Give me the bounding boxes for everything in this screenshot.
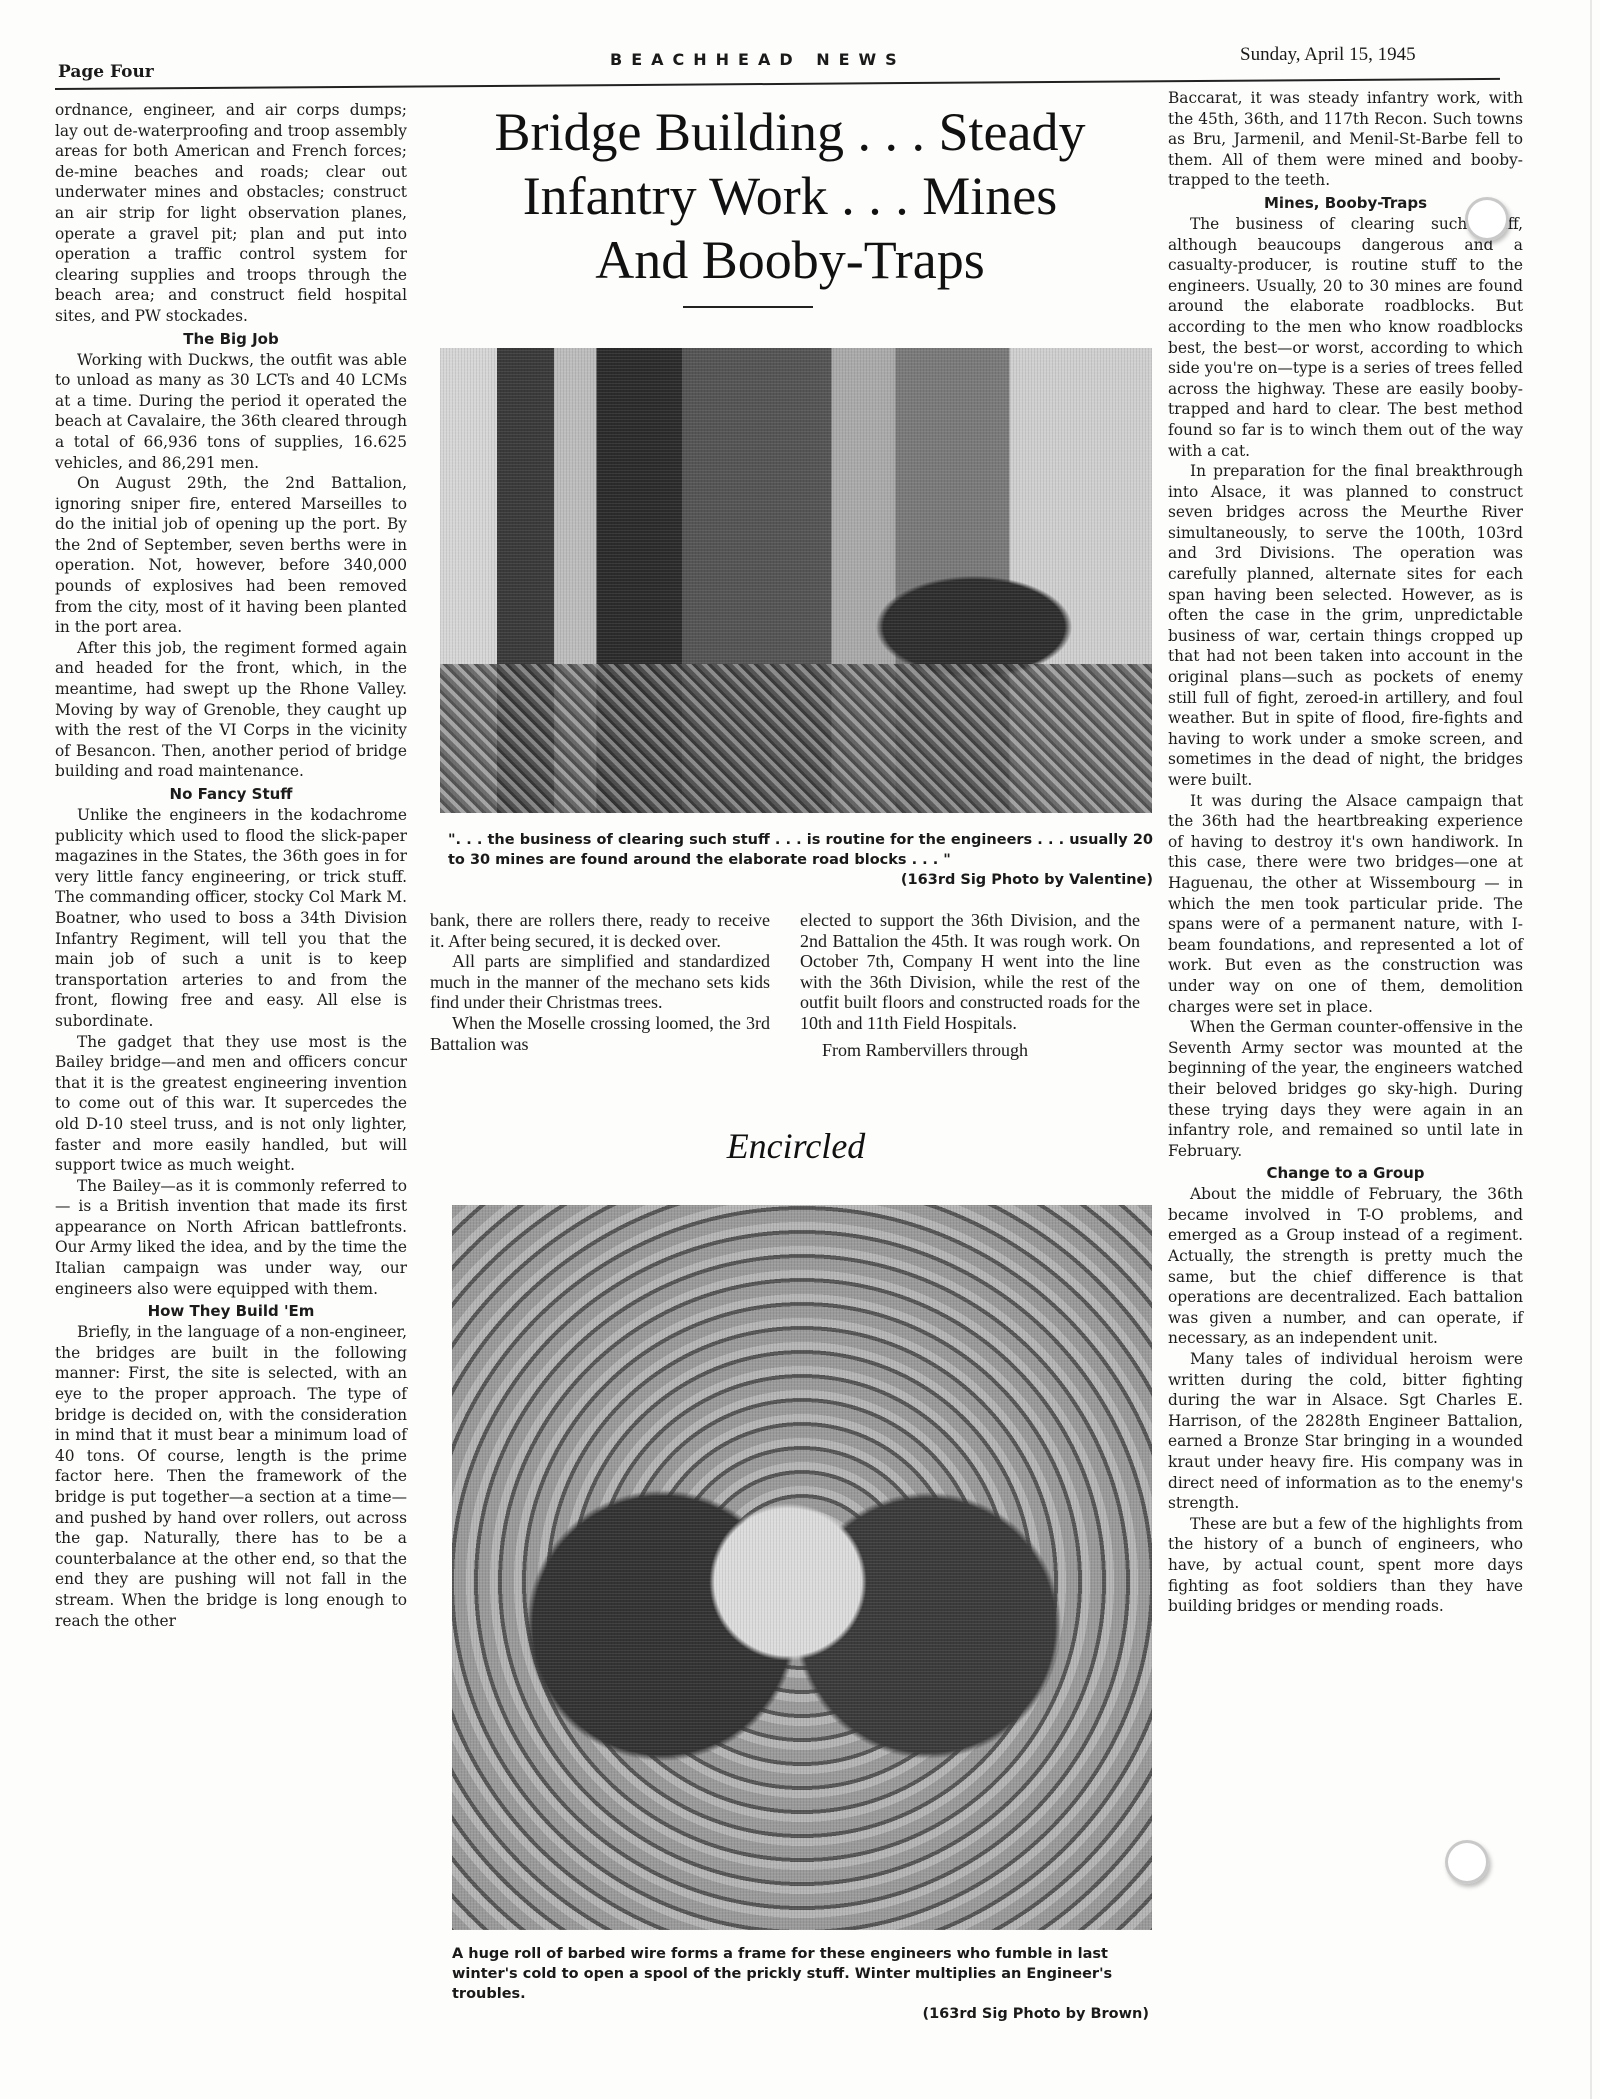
paragraph: Baccarat, it was steady infantry work, w… (1168, 88, 1523, 191)
paragraph: The gadget that they use most is the Bai… (55, 1032, 407, 1176)
article-headline: Bridge Building . . . Steady Infantry Wo… (440, 100, 1140, 292)
paragraph: When the Moselle crossing loomed, the 3r… (430, 1013, 770, 1054)
page-number-label: Page Four (58, 62, 154, 82)
issue-date: Sunday, April 15, 1945 (1240, 44, 1416, 66)
subheading-big-job: The Big Job (55, 329, 407, 349)
paragraph: Unlike the engineers in the kodachrome p… (55, 805, 407, 1032)
paragraph: After this job, the regiment formed agai… (55, 638, 407, 782)
left-column: ordnance, engineer, and air corps dumps;… (55, 100, 407, 1631)
newspaper-name: BEACHHEAD NEWS (610, 50, 906, 69)
paragraph: All parts are simplified and standardize… (430, 951, 770, 1013)
roadblock-photo-caption: ". . . the business of clearing such stu… (448, 830, 1153, 890)
paragraph: These are but a few of the highlights fr… (1168, 1514, 1523, 1617)
headline-line-2: Infantry Work . . . Mines (440, 164, 1140, 228)
paragraph: In preparation for the final breakthroug… (1168, 461, 1523, 791)
paragraph: ordnance, engineer, and air corps dumps;… (55, 100, 407, 327)
paragraph: Many tales of individual heroism were wr… (1168, 1349, 1523, 1514)
paper-hole-damage (1465, 197, 1509, 241)
subheading-how-they-build: How They Build 'Em (55, 1301, 407, 1321)
paragraph: When the German counter-offensive in the… (1168, 1017, 1523, 1161)
barbed-wire-photo-caption: A huge roll of barbed wire forms a frame… (452, 1944, 1157, 2024)
paragraph: bank, there are rollers there, ready to … (430, 910, 770, 951)
paragraph: On August 29th, the 2nd Battalion, ignor… (55, 473, 407, 638)
subheading-no-fancy-stuff: No Fancy Stuff (55, 784, 407, 804)
page-edge (1590, 0, 1592, 2099)
photo-credit: (163rd Sig Photo by Brown) (452, 2004, 1149, 2024)
paper-hole-damage (1445, 1840, 1489, 1884)
subheading-change-to-group: Change to a Group (1168, 1163, 1523, 1183)
paragraph: It was during the Alsace campaign that t… (1168, 791, 1523, 1018)
right-column: Baccarat, it was steady infantry work, w… (1168, 88, 1523, 1617)
paragraph: The Bailey—as it is commonly referred to… (55, 1176, 407, 1300)
headline-divider (683, 306, 813, 308)
roadblock-photo (440, 348, 1152, 813)
headline-line-1: Bridge Building . . . Steady (440, 100, 1140, 164)
halftone-texture (452, 1205, 1152, 1930)
middle-column-b: elected to support the 36th Division, an… (800, 910, 1140, 1060)
newspaper-page: Page Four BEACHHEAD NEWS Sunday, April 1… (0, 0, 1600, 2099)
middle-column-a: bank, there are rollers there, ready to … (430, 910, 770, 1054)
paragraph: Briefly, in the language of a non-engine… (55, 1322, 407, 1631)
caption-text: A huge roll of barbed wire forms a frame… (452, 1946, 1112, 2002)
headline-line-3: And Booby-Traps (440, 228, 1140, 292)
halftone-texture (440, 348, 1152, 813)
paragraph: The business of clearing such stuff, alt… (1168, 214, 1523, 461)
photo-credit: (163rd Sig Photo by Valentine) (901, 870, 1153, 890)
paragraph: elected to support the 36th Division, an… (800, 910, 1140, 1034)
encircled-title: Encircled (440, 1125, 1152, 1167)
paragraph: Working with Duckws, the outfit was able… (55, 350, 407, 474)
barbed-wire-photo (452, 1205, 1152, 1930)
caption-text: ". . . the business of clearing such stu… (448, 832, 1153, 868)
paragraph: About the middle of February, the 36th b… (1168, 1184, 1523, 1349)
paragraph: From Rambervillers through (800, 1040, 1140, 1061)
